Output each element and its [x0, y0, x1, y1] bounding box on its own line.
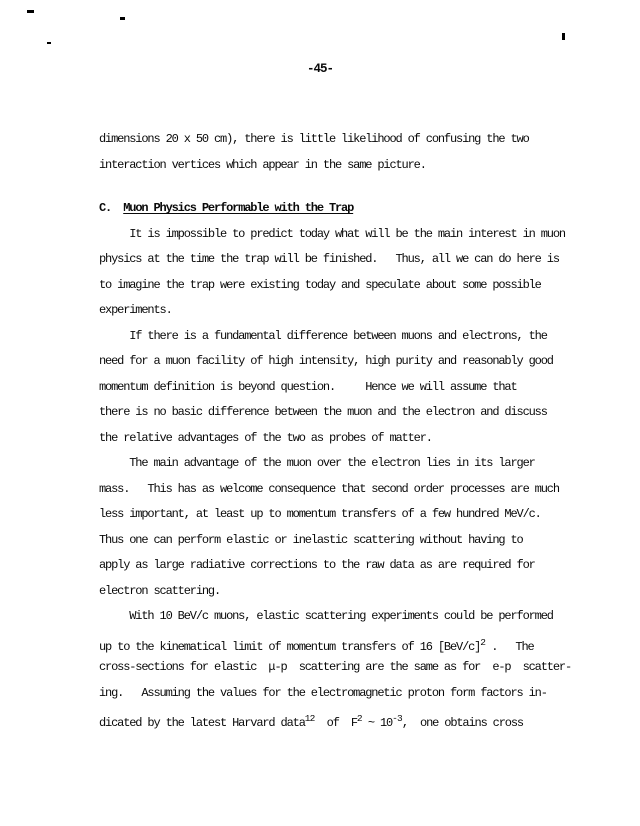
text-line: With 10 BeV/c muons, elastic scattering …	[99, 604, 589, 630]
text-segment: dimensions 20 x 50 cm), there is little …	[99, 132, 529, 146]
text-line: ing. Assuming the values for the electro…	[99, 681, 589, 707]
text-segment: C.	[99, 201, 123, 215]
page-number: -45-	[0, 62, 640, 76]
text-segment: . The	[485, 640, 533, 654]
text-segment: physics at the time the trap will be fin…	[99, 252, 559, 266]
text-line: less important, at least up to momentum …	[99, 502, 589, 528]
text-segment: of F	[315, 716, 357, 730]
text-segment: there is no basic difference between the…	[99, 405, 547, 419]
text-line: experiments.	[99, 298, 589, 324]
text-line: interaction vertices which appear in the…	[99, 153, 589, 179]
text-segment: up to the kinematical limit of momentum …	[99, 640, 480, 654]
text-segment: experiments.	[99, 303, 172, 317]
scan-speck	[47, 42, 51, 44]
text-segment: ing. Assuming the values for the electro…	[99, 686, 547, 700]
text-segment: to imagine the trap were existing today …	[99, 278, 541, 292]
scanned-document-page: -45- dimensions 20 x 50 cm), there is li…	[0, 0, 640, 826]
text-segment: interaction vertices which appear in the…	[99, 158, 426, 172]
text-line: to imagine the trap were existing today …	[99, 273, 589, 299]
text-line: the relative advantages of the two as pr…	[99, 426, 589, 452]
text-line: need for a muon facility of high intensi…	[99, 349, 589, 375]
text-segment: dicated by the latest Harvard data	[99, 716, 305, 730]
superscript-text: 12	[305, 713, 315, 724]
text-line: It is impossible to predict today what w…	[99, 222, 589, 248]
text-segment: With 10 BeV/c muons, elastic scattering …	[99, 609, 553, 623]
text-segment: It is impossible to predict today what w…	[99, 227, 565, 241]
scan-speck	[562, 33, 565, 40]
text-line: mass. This has as welcome consequence th…	[99, 477, 589, 503]
text-segment: less important, at least up to momentum …	[99, 507, 541, 521]
text-line: physics at the time the trap will be fin…	[99, 247, 589, 273]
section-heading: C. Muon Physics Performable with the Tra…	[99, 196, 589, 222]
text-segment: the relative advantages of the two as pr…	[99, 431, 432, 445]
text-line: electron scattering.	[99, 579, 589, 605]
text-segment: , one obtains cross	[402, 716, 523, 730]
text-line: Thus one can perform elastic or inelasti…	[99, 528, 589, 554]
scan-speck	[27, 10, 34, 13]
text-segment: electron scattering.	[99, 584, 220, 598]
text-segment: mass. This has as welcome consequence th…	[99, 482, 559, 496]
text-line: If there is a fundamental difference bet…	[99, 324, 589, 350]
text-segment: momentum definition is beyond question. …	[99, 380, 517, 394]
text-line: momentum definition is beyond question. …	[99, 375, 589, 401]
text-segment: need for a muon facility of high intensi…	[99, 354, 553, 368]
text-segment: cross-sections for elastic μ-p scatterin…	[99, 660, 571, 674]
text-line: cross-sections for elastic μ-p scatterin…	[99, 655, 589, 681]
superscript-text: -3	[392, 713, 402, 724]
text-segment: Muon Physics Performable with the Trap	[123, 201, 353, 215]
document-body: dimensions 20 x 50 cm), there is little …	[99, 127, 589, 732]
text-line: dicated by the latest Harvard data12 of …	[99, 706, 589, 732]
text-segment: apply as large radiative corrections to …	[99, 558, 535, 572]
text-line: up to the kinematical limit of momentum …	[99, 630, 589, 656]
text-segment: ~ 10	[362, 716, 392, 730]
text-line: apply as large radiative corrections to …	[99, 553, 589, 579]
text-line: The main advantage of the muon over the …	[99, 451, 589, 477]
text-line: there is no basic difference between the…	[99, 400, 589, 426]
text-segment: If there is a fundamental difference bet…	[99, 329, 547, 343]
text-line: dimensions 20 x 50 cm), there is little …	[99, 127, 589, 153]
text-segment: The main advantage of the muon over the …	[99, 456, 535, 470]
scan-speck	[120, 17, 125, 20]
text-segment: Thus one can perform elastic or inelasti…	[99, 533, 523, 547]
